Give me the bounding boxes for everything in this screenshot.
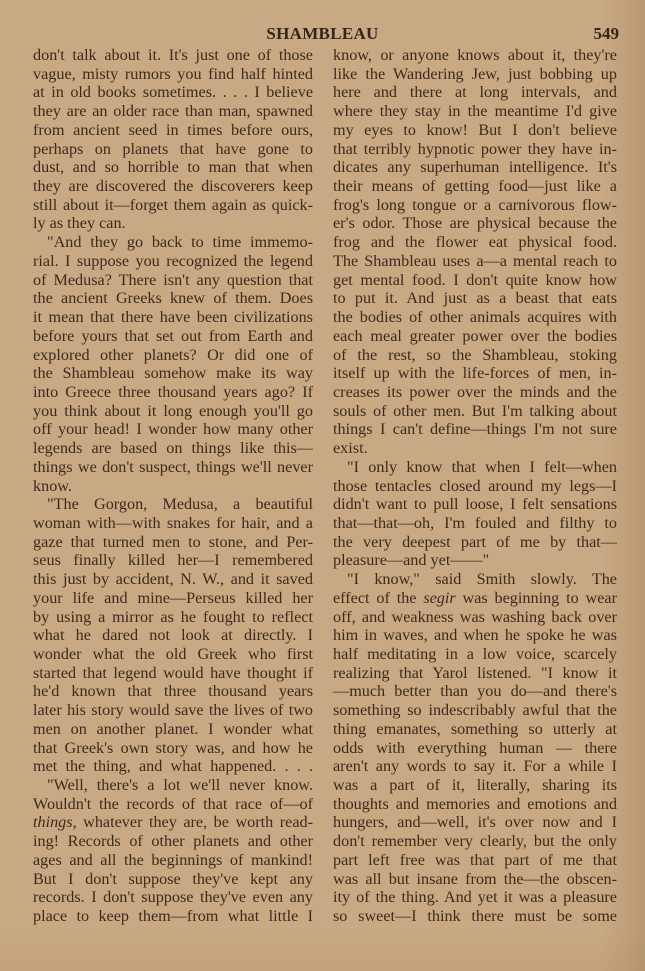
- book-page: SHAMBLEAU 549 don't talk about it. It's …: [0, 0, 645, 971]
- text-line: something so indescribably awful that th…: [333, 701, 617, 720]
- text-line: odds with everything human — there: [333, 739, 617, 758]
- text-line: so sweet—I think there must be some: [333, 907, 617, 926]
- text-line: aren't any words to say it. For a while …: [333, 757, 617, 776]
- text-line: rial. I suppose you recognized the legen…: [33, 252, 313, 271]
- text-line: "I only know that when I felt—when: [333, 458, 617, 477]
- text-line: the very deepest part of me by that—: [333, 533, 617, 552]
- text-line: ly as they can.: [33, 214, 313, 233]
- text-line: that terribly hypnotic power they have i…: [333, 140, 617, 159]
- text-line: where they stay in the meantime I'd give: [333, 102, 617, 121]
- text-line: records. I don't suppose they've even an…: [33, 888, 313, 907]
- text-line: exist.: [333, 439, 617, 458]
- text-line: hungers, and—well, it's over now and I: [333, 813, 617, 832]
- text-line: by using a mirror as he fought to reflec…: [33, 608, 313, 627]
- text-line: things we don't suspect, things we'll ne…: [33, 458, 313, 477]
- text-line: met the thing, and what happened. . . .: [33, 757, 313, 776]
- text-line: don't remember very clearly, but the onl…: [333, 832, 617, 851]
- text-line: The Shambleau uses a—a mental reach to: [333, 252, 617, 271]
- text-line: like the Wandering Jew, just bobbing up: [333, 65, 617, 84]
- text-line: that Greek's own story was, and how he: [33, 739, 313, 758]
- text-line: before yours that set out from Earth and: [33, 327, 313, 346]
- text-line: that—that—oh, I'm fouled and filthy to: [333, 514, 617, 533]
- text-line: it mean that there have been civilizatio…: [33, 308, 313, 327]
- text-line: effect of the segir was beginning to wea…: [333, 589, 617, 608]
- text-line: vague, misty rumors you find half hinted: [33, 65, 313, 84]
- text-line: here and there at long intervals, and: [333, 83, 617, 102]
- text-line: "I know," said Smith slowly. The: [333, 570, 617, 589]
- text-line: But I don't suppose they've kept any: [33, 870, 313, 889]
- text-line: off your head! I wonder how many other: [33, 420, 313, 439]
- text-line: "And they go back to time immemo-: [33, 233, 313, 252]
- text-line: the bodies of other animals acquires wit…: [333, 308, 617, 327]
- italic-word: segir: [423, 589, 455, 607]
- text-line: frog's long tongue or a carnivorous flow…: [333, 196, 617, 215]
- text-line: realizing that Yarol listened. "I know i…: [333, 664, 617, 683]
- text-line: to put it. And just as a beast that eats: [333, 289, 617, 308]
- page-number: 549: [594, 24, 620, 44]
- text-line: the ancient Greeks knew of them. Does: [33, 289, 313, 308]
- text-line: later his story would save the lives of …: [33, 701, 313, 720]
- text-line: of Medusa? There isn't any question that: [33, 271, 313, 290]
- text-line: legends are based on things like this—: [33, 439, 313, 458]
- text-line: he'd known that three thousand years: [33, 682, 313, 701]
- text-line: your life and mine—Perseus killed her: [33, 589, 313, 608]
- text-line: at in old books sometimes. . . . I belie…: [33, 83, 313, 102]
- page-header: SHAMBLEAU 549: [0, 24, 645, 48]
- text-line: ing! Records of other planets and other: [33, 832, 313, 851]
- italic-word: things: [33, 813, 73, 831]
- text-line: off, and weakness was washing back over: [333, 608, 617, 627]
- text-line: seus finally killed her—I remembered: [33, 551, 313, 570]
- text-line: creases its power over the minds and the: [333, 383, 617, 402]
- text-line: frog and the flower eat physical food.: [333, 233, 617, 252]
- text-line: woman with—with snakes for hair, and a: [33, 514, 313, 533]
- text-line: don't talk about it. It's just one of th…: [33, 46, 313, 65]
- text-line: ity of the thing. And yet it was a pleas…: [333, 888, 617, 907]
- text-line: still about it—forget them again as quic…: [33, 196, 313, 215]
- text-line: —much better than you do—and there's: [333, 682, 617, 701]
- text-line: souls of other men. But I'm talking abou…: [333, 402, 617, 421]
- text-line: things, whatever they are, be worth read…: [33, 813, 313, 832]
- text-line: part left free was that part of me that: [333, 851, 617, 870]
- text-line: er's odor. Those are physical because th…: [333, 214, 617, 233]
- text-line: know.: [33, 477, 313, 496]
- text-line: into Greece three thousand years ago? If: [33, 383, 313, 402]
- text-line: was a part of it, literally, sharing its: [333, 776, 617, 795]
- text-line: of the rest, so the Shambleau, stoking: [333, 346, 617, 365]
- text-line: you think about it long enough you'll go: [33, 402, 313, 421]
- text-line: they are an older race than man, spawned: [33, 102, 313, 121]
- text-line: their means of getting food—just like a: [333, 177, 617, 196]
- text-line: itself up with the life-forces of men, i…: [333, 364, 617, 383]
- text-line: this just by accident, N. W., and it sav…: [33, 570, 313, 589]
- text-line: explored other planets? Or did one of: [33, 346, 313, 365]
- text-line: dust, and so horrible to man that when: [33, 158, 313, 177]
- text-line: "Well, there's a lot we'll never know.: [33, 776, 313, 795]
- running-title: SHAMBLEAU: [0, 24, 645, 44]
- text-line: Wouldn't the records of that race of—of: [33, 795, 313, 814]
- text-line: the Shambleau somehow make its way: [33, 364, 313, 383]
- text-line: ages and all the beginnings of mankind!: [33, 851, 313, 870]
- text-line: perhaps on planets that have gone to: [33, 140, 313, 159]
- text-line: was all but insane from the—the obscen-: [333, 870, 617, 889]
- text-line: "The Gorgon, Medusa, a beautiful: [33, 495, 313, 514]
- right-text-column: know, or anyone knows about it, they'rel…: [333, 46, 617, 926]
- text-line: know, or anyone knows about it, they're: [333, 46, 617, 65]
- text-line: from ancient seed in times before ours,: [33, 121, 313, 140]
- text-line: those tentacles closed around my legs—I: [333, 477, 617, 496]
- text-line: gaze that turned men to stone, and Per-: [33, 533, 313, 552]
- text-line: wonder what the old Greek who first: [33, 645, 313, 664]
- text-line: half meditating in a low voice, scarcely: [333, 645, 617, 664]
- text-line: my eyes to know! But I don't believe: [333, 121, 617, 140]
- text-line: place to keep them—from what little I: [33, 907, 313, 926]
- text-line: they are discovered the discoverers keep: [33, 177, 313, 196]
- text-line: dicates any superhuman intelligence. It'…: [333, 158, 617, 177]
- text-line: each meal greater power over the bodies: [333, 327, 617, 346]
- text-line: started that legend would have thought i…: [33, 664, 313, 683]
- text-line: didn't want to pull loose, I felt sensat…: [333, 495, 617, 514]
- text-line: men on another planet. I wonder what: [33, 720, 313, 739]
- text-line: thoughts and memories and emotions and: [333, 795, 617, 814]
- text-line: things I can't define—things I'm not sur…: [333, 420, 617, 439]
- text-line: him in waves, and when he spoke he was: [333, 626, 617, 645]
- left-text-column: don't talk about it. It's just one of th…: [33, 46, 313, 926]
- text-line: pleasure—and yet——": [333, 551, 617, 570]
- text-line: thing emanates, something so utterly at: [333, 720, 617, 739]
- text-line: what he dared not look at directly. I: [33, 626, 313, 645]
- text-line: get mental food. I don't quite know how: [333, 271, 617, 290]
